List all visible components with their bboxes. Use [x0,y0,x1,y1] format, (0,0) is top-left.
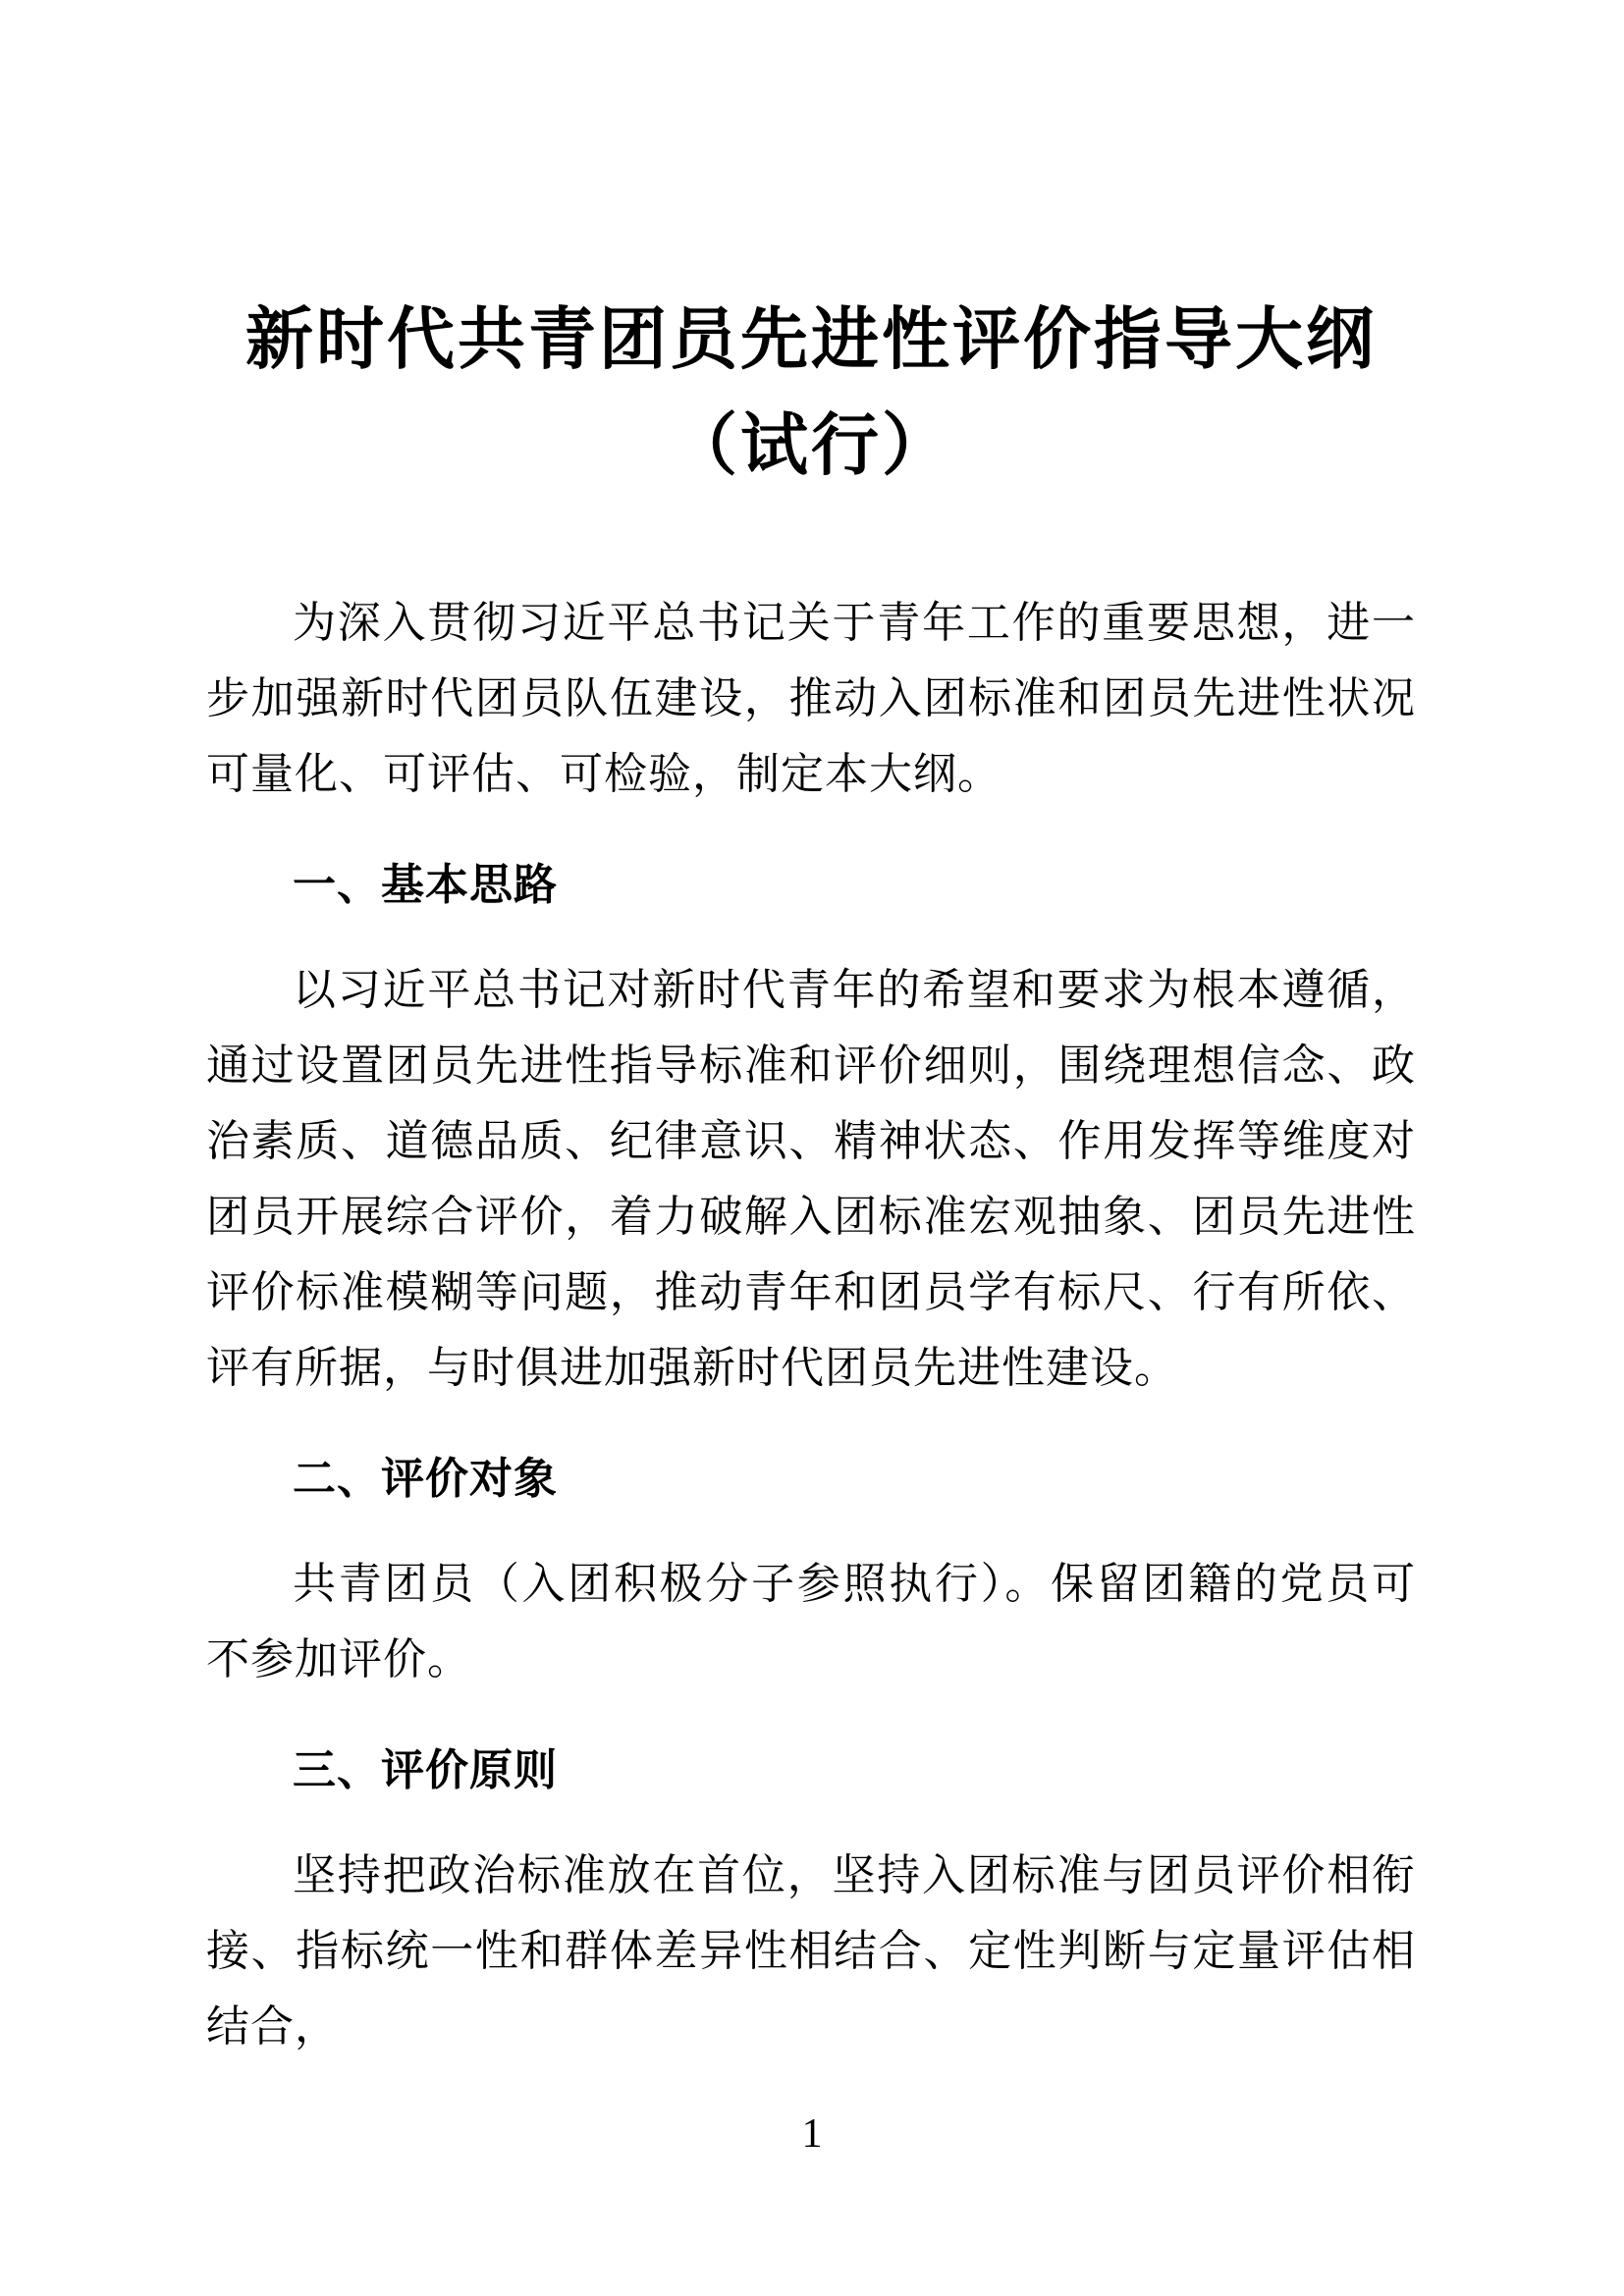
document-title-line-1: 新时代共青团员先进性评价指导大纲 [206,287,1416,393]
section-paragraph-basic-approach: 以习近平总书记对新时代青年的希望和要求为根本遵循，通过设置团员先进性指导标准和评… [206,952,1416,1406]
section-heading-evaluation-targets: 二、评价对象 [206,1441,1416,1517]
page-number: 1 [0,2110,1624,2158]
section-heading-evaluation-principles: 三、评价原则 [206,1733,1416,1808]
section-heading-basic-approach: 一、基本思路 [206,847,1416,923]
section-paragraph-evaluation-principles: 坚持把政治标准放在首位，坚持入团标准与团员评价相衔接、指标统一性和群体差异性相结… [206,1838,1416,2064]
document-title: 新时代共青团员先进性评价指导大纲 （试行） [206,287,1416,499]
intro-paragraph: 为深入贯彻习近平总书记关于青年工作的重要思想，进一步加强新时代团员队伍建设，推动… [206,585,1416,812]
document-content: 新时代共青团员先进性评价指导大纲 （试行） 为深入贯彻习近平总书记关于青年工作的… [206,0,1416,2064]
document-page: 新时代共青团员先进性评价指导大纲 （试行） 为深入贯彻习近平总书记关于青年工作的… [0,0,1624,2296]
document-title-line-2: （试行） [206,393,1416,499]
section-paragraph-evaluation-targets: 共青团员（入团积极分子参照执行）。保留团籍的党员可不参加评价。 [206,1546,1416,1697]
